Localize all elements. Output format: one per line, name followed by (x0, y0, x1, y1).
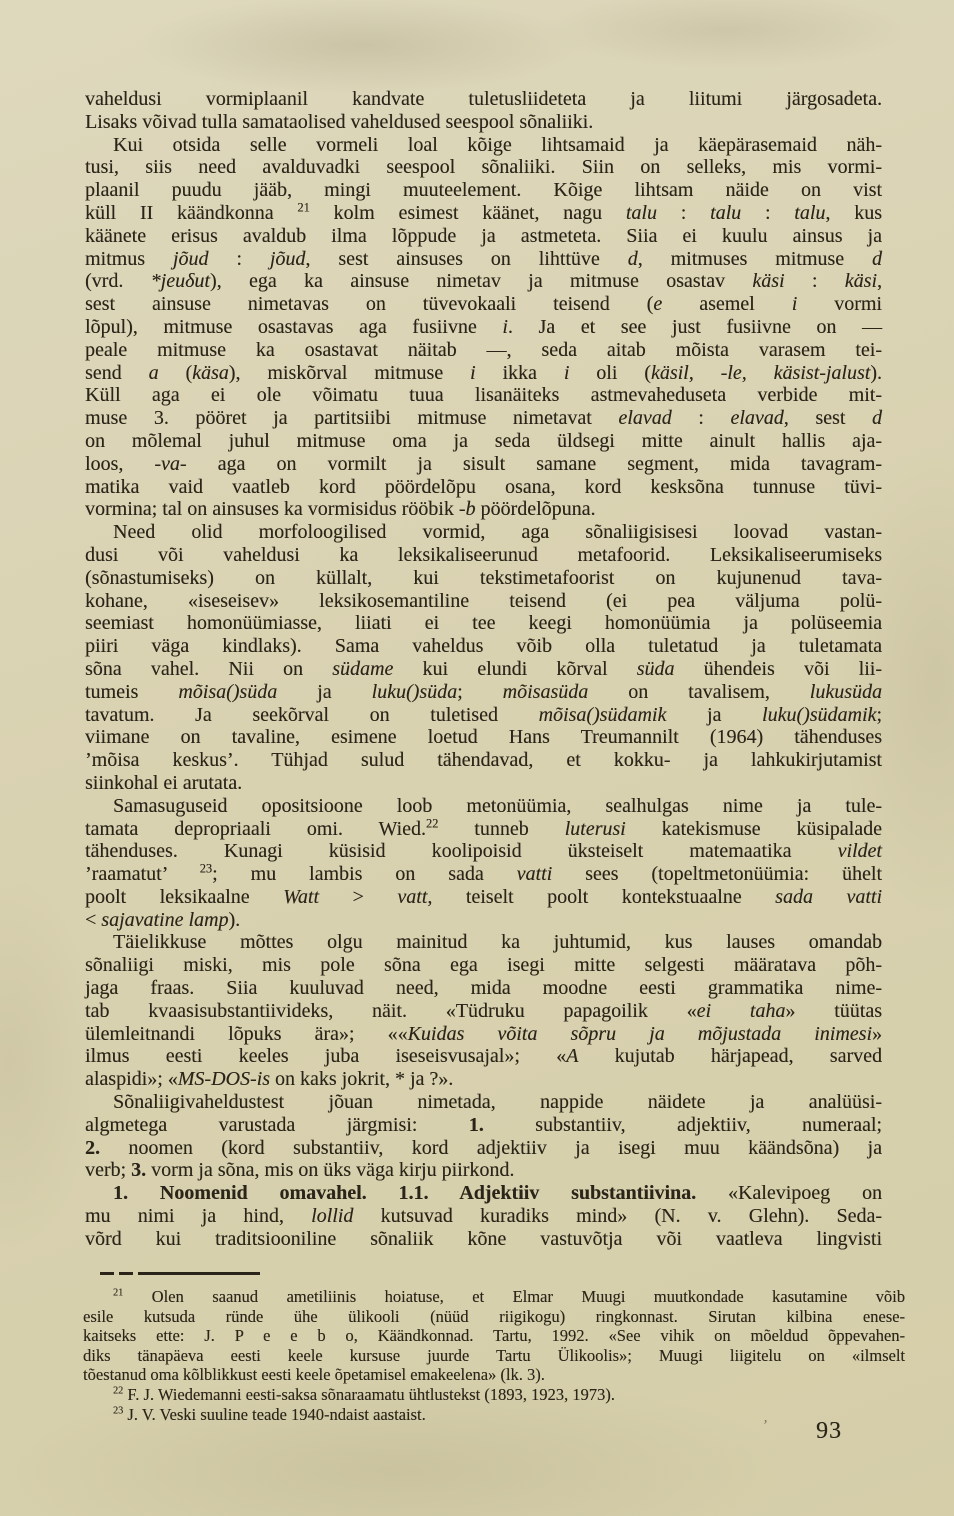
footnote-marker: 21 (113, 1288, 123, 1299)
footnote-line: tõestanud oma kõlblikkust eesti keele õp… (83, 1365, 905, 1385)
body-text-line: on mõlemal juhul mitmuse oma ja seda üld… (85, 430, 882, 453)
footnote-marker: 23 (200, 861, 212, 875)
body-text-line: jaga fraas. Siia kuuluvad need, mida moo… (85, 977, 882, 1000)
page-number: 93 (816, 1418, 842, 1445)
body-text: vaheldusi vormiplaanil kandvate tuletusl… (85, 88, 882, 1251)
body-text-line: Täielikkuse mõttes olgu mainitud ka juht… (85, 931, 882, 954)
footnote-line: esile kutsuda ründe ühe ülikooli (nüüd r… (83, 1307, 905, 1327)
body-text-line: ülemleitnandi lõpuks ära»; ««Kuidas võit… (85, 1023, 882, 1046)
body-text-line: verb; 3. vorm ja sõna, mis on üks väga k… (85, 1159, 882, 1182)
body-text-line: ’mõisa keskus’. Tühjad sulud tähendavad,… (85, 749, 882, 772)
body-text-line: (vrd. *jeuδut), ega ka ainsuse nimetav j… (85, 270, 882, 293)
footnote-marker: 21 (297, 200, 309, 214)
body-text-line: ilmus eesti keeles juba iseseisvusajal»;… (85, 1045, 882, 1068)
body-text-line: viimane on tavaline, esimene loetud Hans… (85, 726, 882, 749)
footnote-marker: 23 (113, 1405, 123, 1416)
body-text-line: Lisaks võivad tulla samataolised vaheldu… (85, 111, 882, 134)
body-text-line: lõpul), mitmuse osastavas aga fusiivne i… (85, 316, 882, 339)
body-text-line: sõnaliigi miski, mis pole sõna ega isegi… (85, 954, 882, 977)
body-text-line: mu nimi ja hind, lollid kutsuvad kuradik… (85, 1205, 882, 1228)
body-text-line: muse 3. pööret ja partitsiibi mitmuse ni… (85, 407, 882, 430)
footnotes: 21 Olen saanud ametiliinis hoiatuse, et … (83, 1287, 905, 1424)
body-text-line: Kui otsida selle vormeli loal kõige liht… (85, 134, 882, 157)
footnote-marker: 22 (426, 816, 438, 830)
footnote-marker: 22 (113, 1385, 123, 1396)
body-text-line: mitmus jõud : jõud, sest ainsuses on lih… (85, 248, 882, 271)
body-text-line: võrd kui traditsiooniline sõnaliik kõne … (85, 1228, 882, 1251)
body-text-line: sest ainsuse nimetavas on tüvevokaali te… (85, 293, 882, 316)
footnote-line: kaitseks ette: J. P e e b o, Käändkonnad… (83, 1326, 905, 1346)
body-text-line: 1. Noomenid omavahel. 1.1. Adjektiiv sub… (85, 1182, 882, 1205)
body-text-line: algmetega varustada järgmisi: 1. substan… (85, 1114, 882, 1137)
scanned-page: vaheldusi vormiplaanil kandvate tuletusl… (0, 0, 954, 1516)
footnote-line: diks tänapäeva eesti keele kursuse juurd… (83, 1346, 905, 1366)
body-text-line: send a (käsa), miskõrval mitmuse i ikka … (85, 362, 882, 385)
body-text-line: alaspidi»; «MS-DOS-is on kaks jokrit, * … (85, 1068, 882, 1091)
body-text-line: Sõnaliigivaheldustest jõuan nimetada, na… (85, 1091, 882, 1114)
body-text-line: peale mitmuse ka osastavat näitab —, sed… (85, 339, 882, 362)
body-text-line: matika vaid vaatleb kord pöördelõpu osan… (85, 476, 882, 499)
body-text-line: kohane, «iseseisev» leksikosemantiline t… (85, 590, 882, 613)
body-text-line: < sajavatine lamp). (85, 909, 882, 932)
body-text-line: tavatum. Ja seekõrval on tuletised mõisa… (85, 704, 882, 727)
footnote-separator (100, 1272, 260, 1275)
body-text-line: käänete erisus avaldub ilma lõppude ja a… (85, 225, 882, 248)
footnote-line: 21 Olen saanud ametiliinis hoiatuse, et … (83, 1287, 905, 1307)
body-text-line: piiri väga kindlaks). Sama vaheldus võib… (85, 635, 882, 658)
body-text-line: vormina; tal on ainsuses ka vormisidus r… (85, 498, 882, 521)
footnote-line: 23 J. V. Veski suuline teade 1940-ndaist… (83, 1405, 905, 1425)
body-text-line: küll II käändkonna 21 kolm esimest kääne… (85, 202, 882, 225)
body-text-line: 2. noomen (kord substantiiv, kord adjekt… (85, 1137, 882, 1160)
body-text-line: siinkohal ei arutata. (85, 772, 882, 795)
body-text-line: seemiast homonüümiasse, liiati ei tee ke… (85, 612, 882, 635)
body-text-line: Need olid morfoloogilised vormid, aga sõ… (85, 521, 882, 544)
footnote-line: 22 F. J. Wiedemanni eesti-saksa sõnaraam… (83, 1385, 905, 1405)
body-text-line: tab kvaasisubstantiivideks, näit. «Tüdru… (85, 1000, 882, 1023)
body-text-line: dusi või vaheldusi ka leksikaliseerunud … (85, 544, 882, 567)
body-text-line: tähenduses. Kunagi küsisid koolipoisid ü… (85, 840, 882, 863)
body-text-line: tamata depropriaali omi. Wied.22 tunneb … (85, 818, 882, 841)
body-text-line: poolt leksikaalne Watt > vatt, teiselt p… (85, 886, 882, 909)
body-text-line: tusi, siis need avalduvadki seespool sõn… (85, 156, 882, 179)
ink-speck: ʼ (762, 1418, 767, 1435)
body-text-line: ’raamatut’ 23; mu lambis on sada vatti s… (85, 863, 882, 886)
body-text-line: loos, -va- aga on vormilt ja sisult sama… (85, 453, 882, 476)
body-text-line: (sõnastumiseks) on küllalt, kui tekstime… (85, 567, 882, 590)
body-text-line: plaanil puudu jääb, mingi muuteelement. … (85, 179, 882, 202)
body-text-line: Samasuguseid opositsioone loob metonüümi… (85, 795, 882, 818)
body-text-line: vaheldusi vormiplaanil kandvate tuletusl… (85, 88, 882, 111)
body-text-line: Küll aga ei ole võimatu tuua lisanäiteks… (85, 384, 882, 407)
body-text-line: sõna vahel. Nii on südame kui elundi kõr… (85, 658, 882, 681)
body-text-line: tumeis mõisa()süda ja luku()süda; mõisas… (85, 681, 882, 704)
